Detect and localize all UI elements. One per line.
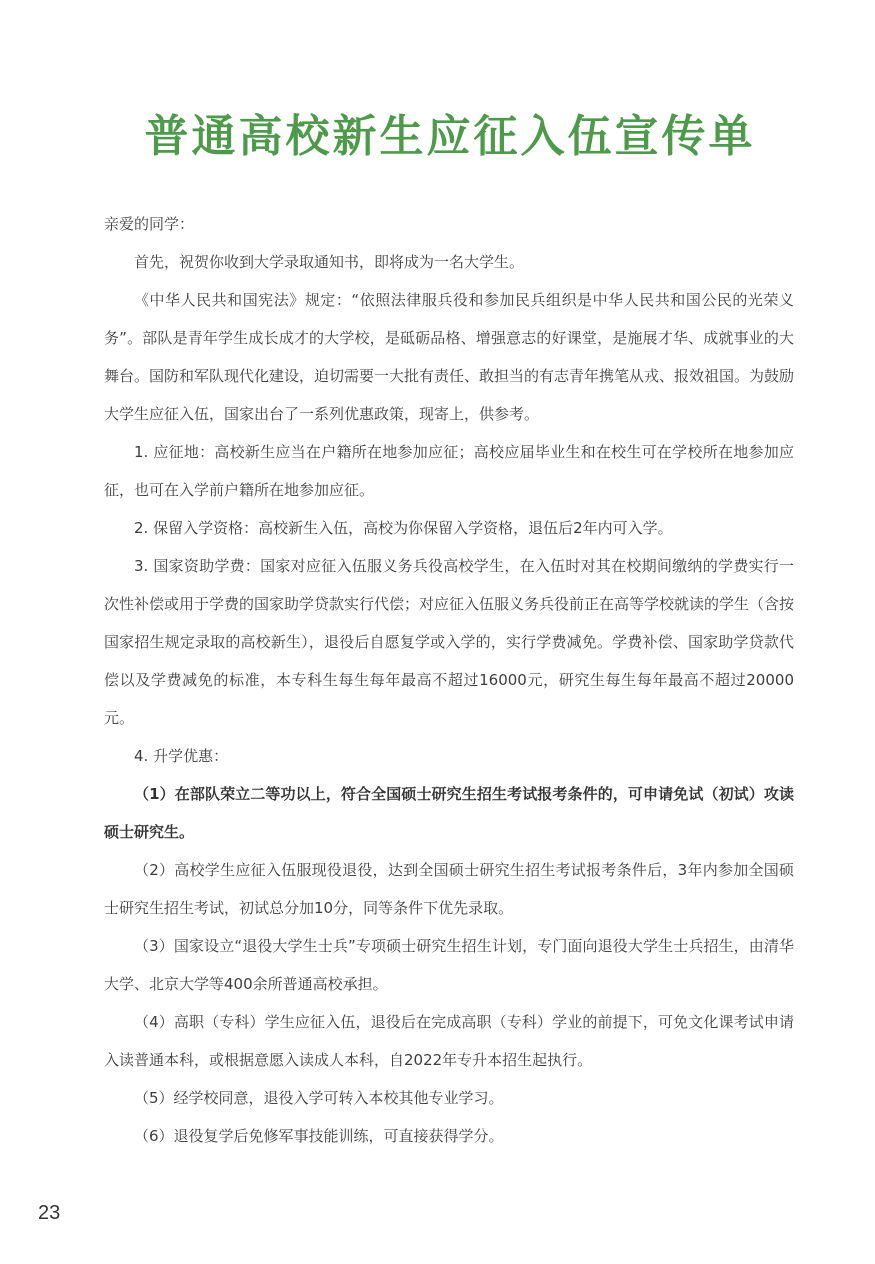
sub-policy-upgrade-bachelor: （4）高职（专科）学生应征入伍，退役后在完成高职（专科）学业的前提下，可免文化课… [104,1003,794,1079]
document-page: 普通高校新生应征入伍宣传单 亲爱的同学： 首先，祝贺你收到大学录取通知书，即将成… [0,0,875,1264]
greeting: 亲爱的同学： [104,205,794,243]
sub-policy-special-plan: （3）国家设立“退役大学生士兵”专项硕士研究生招生计划，专门面向退役大学生士兵招… [104,927,794,1003]
document-body: 亲爱的同学： 首先，祝贺你收到大学录取通知书，即将成为一名大学生。 《中华人民共… [104,205,794,1155]
policy-further-study-heading: 4. 升学优惠： [104,737,794,775]
sub-policy-bonus-points: （2）高校学生应征入伍服现役退役，达到全国硕士研究生招生考试报考条件后，3年内参… [104,851,794,927]
page-title: 普通高校新生应征入伍宣传单 [0,108,875,166]
policy-reserve-admission: 2. 保留入学资格：高校新生入伍，高校为你保留入学资格，退伍后2年内可入学。 [104,509,794,547]
policy-enlistment-location: 1. 应征地：高校新生应当在户籍所在地参加应征；高校应届毕业生和在校生可在学校所… [104,433,794,509]
page-number: 23 [38,1202,60,1225]
sub-policy-exam-exemption: （1）在部队荣立二等功以上，符合全国硕士研究生招生考试报考条件的，可申请免试（初… [104,775,794,851]
sub-policy-military-credit: （6）退役复学后免修军事技能训练，可直接获得学分。 [104,1117,794,1155]
sub-policy-transfer-major: （5）经学校同意，退役入学可转入本校其他专业学习。 [104,1079,794,1117]
paragraph-congrats: 首先，祝贺你收到大学录取通知书，即将成为一名大学生。 [104,243,794,281]
paragraph-constitution: 《中华人民共和国宪法》规定：“依照法律服兵役和参加民兵组织是中华人民共和国公民的… [104,281,794,433]
policy-tuition-aid: 3. 国家资助学费：国家对应征入伍服义务兵役高校学生，在入伍时对其在校期间缴纳的… [104,547,794,737]
